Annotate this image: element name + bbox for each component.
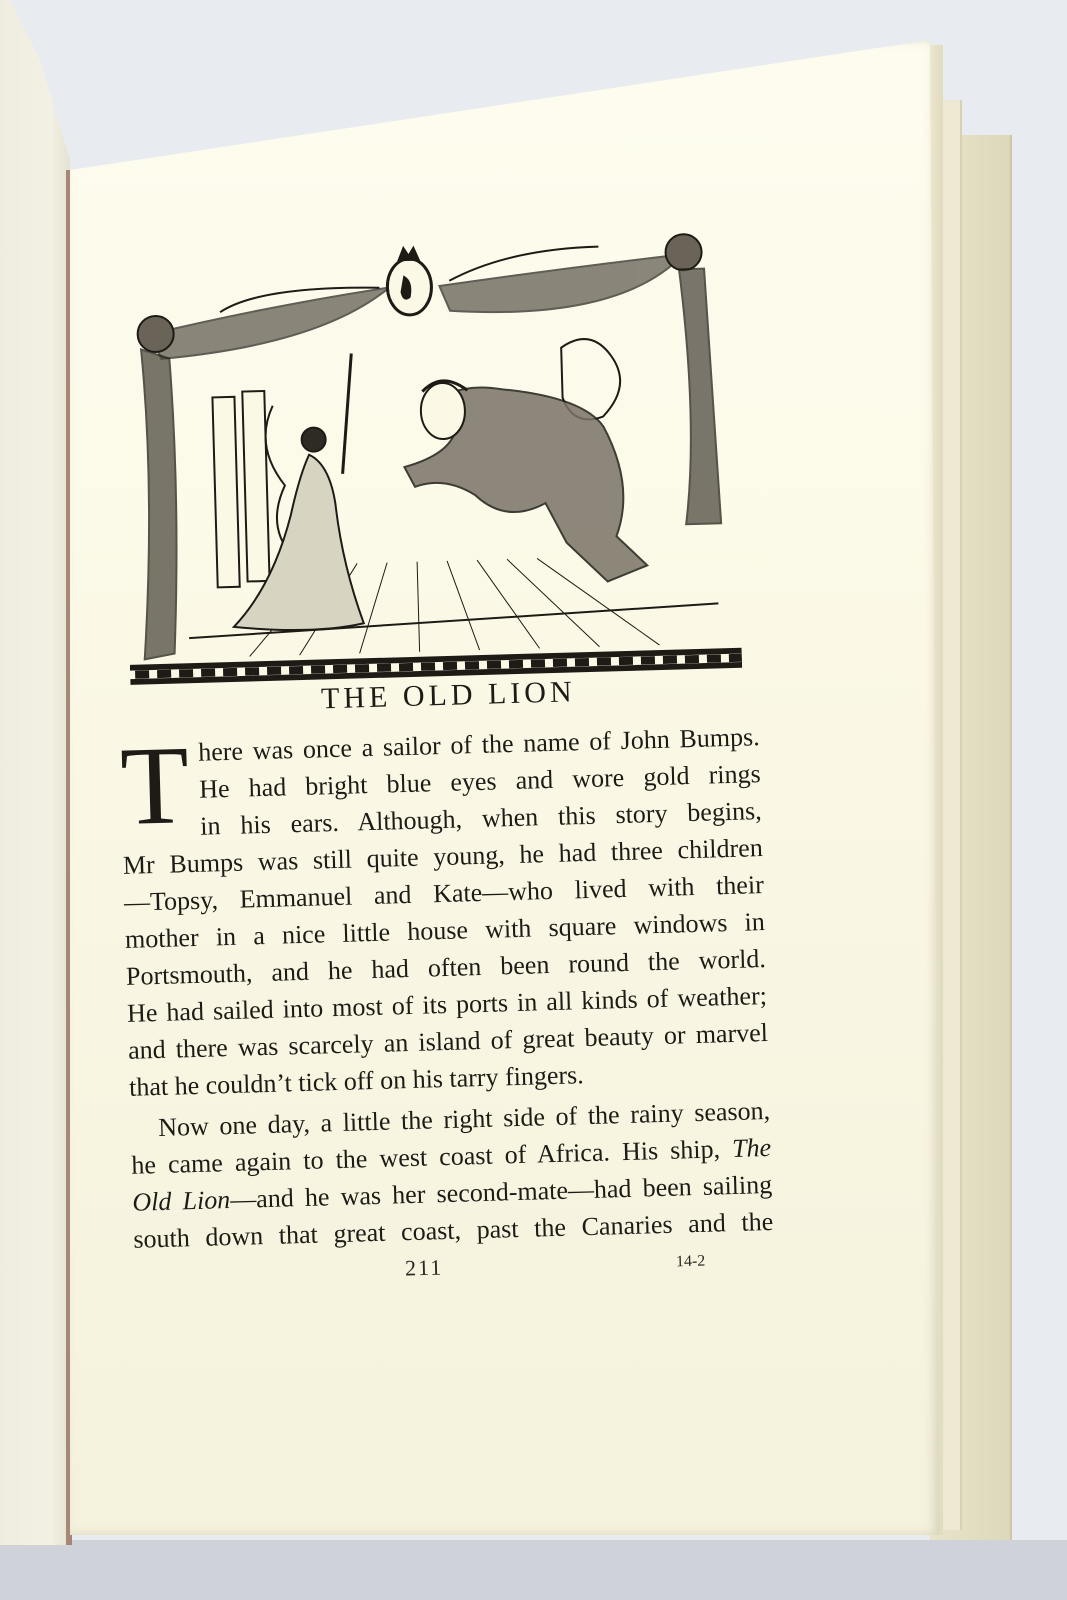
drop-cap: T (120, 740, 191, 832)
paragraph-1: T here was once a sailor of the name of … (119, 718, 769, 1106)
ship-name-italic: Old Lion (132, 1185, 231, 1217)
page-text: THE OLD LION T here was once a sailor of… (118, 670, 774, 1258)
table-surface (0, 1540, 1067, 1600)
left-page-edge (0, 0, 72, 1545)
page-number: 211 (405, 1254, 444, 1281)
paragraph-2: Now one day, a little the right side of … (130, 1092, 774, 1258)
signature-mark: 14-2 (676, 1253, 706, 1272)
engraving-image (118, 223, 742, 690)
chapter-illustration (118, 223, 742, 690)
ship-name-italic: The (732, 1133, 772, 1163)
